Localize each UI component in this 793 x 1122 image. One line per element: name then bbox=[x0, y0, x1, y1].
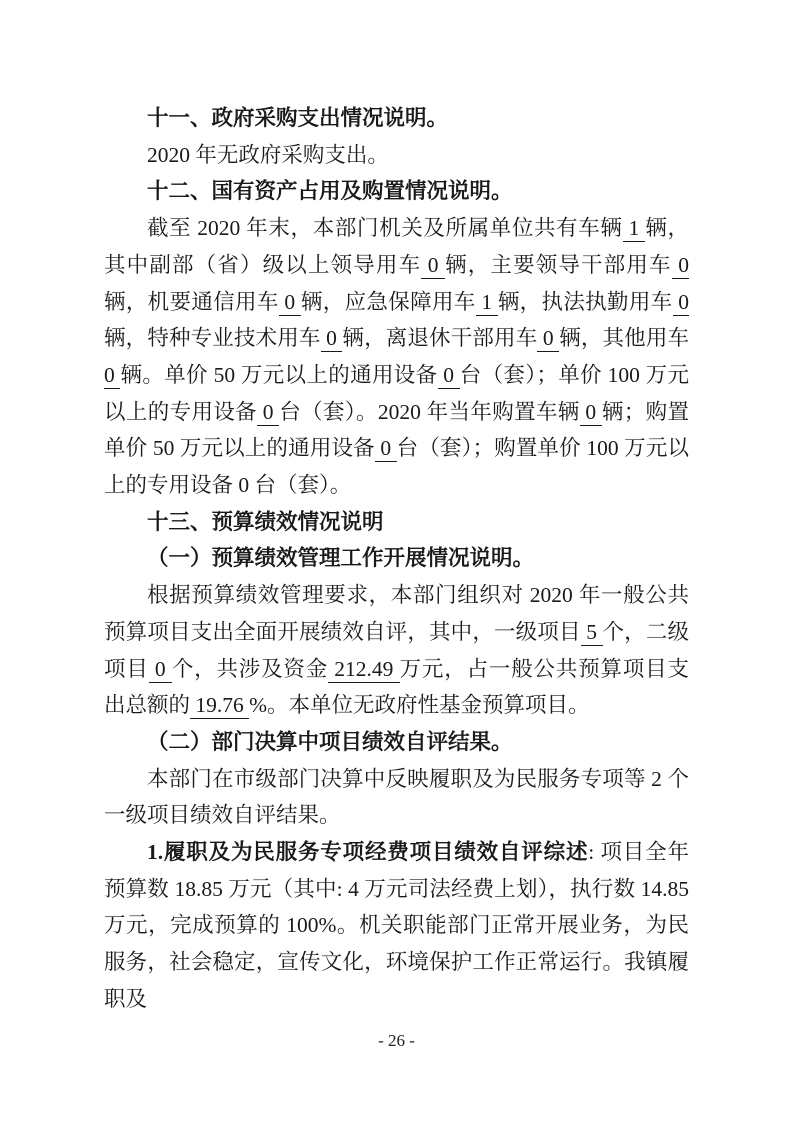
text-segment: 辆，机要通信用车 bbox=[104, 290, 279, 314]
text-segment: 辆，离退休干部用车 bbox=[342, 326, 537, 350]
underlined-value: 0 bbox=[375, 436, 397, 462]
text-segment: : 项目全年预算数 18.85 万元（其中: 4 万元司法经费上划），执行数 1… bbox=[104, 840, 689, 1011]
text-segment: （二）部门决算中项目绩效自评结果。 bbox=[147, 730, 513, 754]
text-segment: 十二、国有资产占用及购置情况说明。 bbox=[147, 179, 513, 203]
underlined-value: 19.76 bbox=[190, 693, 249, 719]
paragraph-no-procurement: 2020 年无政府采购支出。 bbox=[104, 137, 689, 174]
text-segment: 十一、政府采购支出情况说明。 bbox=[147, 106, 448, 130]
text-segment: 辆，其他用车 bbox=[559, 326, 689, 350]
underlined-value: 1 bbox=[623, 216, 646, 242]
document-page: 十一、政府采购支出情况说明。2020 年无政府采购支出。十二、国有资产占用及购置… bbox=[0, 0, 793, 1122]
text-segment: 1.履职及为民服务专项经费项目绩效自评综述 bbox=[147, 840, 588, 864]
paragraph-performance-management: 根据预算绩效管理要求，本部门组织对 2020 年一般公共预算项目支出全面开展绩效… bbox=[104, 577, 689, 724]
underlined-value: 1 bbox=[476, 290, 498, 316]
underlined-value: 0 bbox=[537, 326, 559, 352]
underlined-value: 0 bbox=[438, 363, 460, 389]
paragraph-state-assets: 截至 2020 年末，本部门机关及所属单位共有车辆 1 辆，其中副部（省）级以上… bbox=[104, 210, 689, 504]
text-segment: 辆，特种专业技术用车 bbox=[104, 326, 321, 350]
underlined-value: 0 bbox=[421, 253, 445, 279]
text-segment: 辆，执法执勤用车 bbox=[498, 290, 673, 314]
underlined-value: 0 bbox=[321, 326, 343, 352]
text-segment: 辆。单价 50 万元以上的通用设备 bbox=[120, 363, 437, 387]
text-segment: 辆，应急保障用车 bbox=[301, 290, 476, 314]
subsection-heading-2: （二）部门决算中项目绩效自评结果。 bbox=[104, 724, 689, 761]
section-heading-11: 十一、政府采购支出情况说明。 bbox=[104, 100, 689, 137]
underlined-value: 0 bbox=[672, 253, 689, 279]
underlined-value: 0 bbox=[673, 290, 689, 316]
text-segment: 十三、预算绩效情况说明 bbox=[147, 510, 384, 534]
section-heading-13: 十三、预算绩效情况说明 bbox=[104, 504, 689, 541]
text-segment: 2020 年无政府采购支出。 bbox=[147, 143, 389, 167]
document-content: 十一、政府采购支出情况说明。2020 年无政府采购支出。十二、国有资产占用及购置… bbox=[104, 100, 689, 1018]
underlined-value: 0 bbox=[104, 363, 120, 389]
text-segment: 个，共涉及资金 bbox=[172, 657, 328, 681]
text-segment: 截至 2020 年末，本部门机关及所属单位共有车辆 bbox=[147, 216, 623, 240]
page-number: - 26 - bbox=[378, 1031, 415, 1050]
paragraph-project-1-summary: 1.履职及为民服务专项经费项目绩效自评综述: 项目全年预算数 18.85 万元（… bbox=[104, 834, 689, 1018]
underlined-value: 0 bbox=[580, 400, 602, 426]
subsection-heading-1: （一）预算绩效管理工作开展情况说明。 bbox=[104, 540, 689, 577]
underlined-value: 0 bbox=[257, 400, 279, 426]
section-heading-12: 十二、国有资产占用及购置情况说明。 bbox=[104, 173, 689, 210]
underlined-value: 212.49 bbox=[328, 657, 400, 683]
text-segment: %。本单位无政府性基金预算项目。 bbox=[249, 693, 589, 717]
underlined-value: 0 bbox=[149, 657, 172, 683]
underlined-value: 0 bbox=[279, 290, 301, 316]
text-segment: 本部门在市级部门决算中反映履职及为民服务专项等 2 个一级项目绩效自评结果。 bbox=[104, 767, 689, 828]
underlined-value: 5 bbox=[581, 620, 603, 646]
text-segment: 辆，主要领导干部用车 bbox=[445, 253, 672, 277]
text-segment: （一）预算绩效管理工作开展情况说明。 bbox=[147, 546, 534, 570]
page-footer: - 26 - bbox=[0, 1030, 793, 1052]
paragraph-self-evaluation: 本部门在市级部门决算中反映履职及为民服务专项等 2 个一级项目绩效自评结果。 bbox=[104, 761, 689, 834]
text-segment: 台（套）。2020 年当年购置车辆 bbox=[279, 400, 579, 424]
